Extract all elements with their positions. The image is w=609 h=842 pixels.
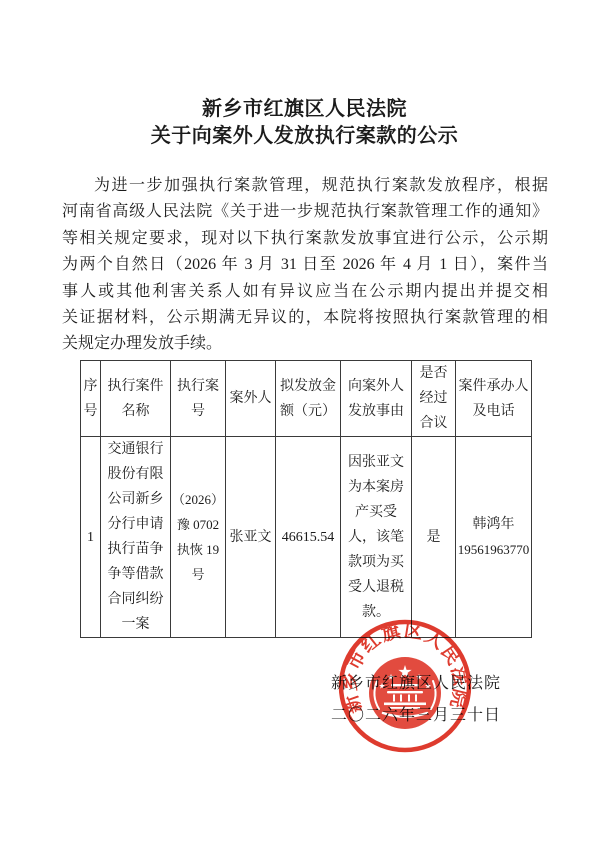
cell-case-name: 交通银行股份有限公司新乡分行申请执行苗争争等借款合同纠纷一案: [101, 437, 171, 638]
cell-handler: 韩鸿年 19561963770: [456, 437, 532, 638]
paragraph-line-2: 河南省高级人民法院《关于进一步规范执行案款管理工作的通知》: [62, 199, 548, 225]
notice-table: 序号 执行案件名称 执行案号 案外人 拟发放金额（元） 向案外人发放事由 是否经…: [80, 360, 532, 638]
paragraph-line-4: 为两个自然日（2026 年 3 月 31 日至 2026 年 4 月 1 日），…: [62, 252, 548, 278]
paragraph-line-1: 为进一步加强执行案款管理，规范执行案款发放程序，根据: [62, 173, 548, 199]
signature-block: 新乡市红旗区人民法院 二〇二六年三月三十日: [306, 668, 526, 732]
cell-outsider: 张亚文: [226, 437, 276, 638]
paragraph-line-3: 等相关规定要求，现对以下执行案款发放事宜进行公示，公示期: [62, 226, 548, 252]
header-case-name: 执行案件名称: [101, 361, 171, 437]
header-seq: 序号: [81, 361, 101, 437]
table-header-row: 序号 执行案件名称 执行案号 案外人 拟发放金额（元） 向案外人发放事由 是否经…: [81, 361, 532, 437]
paragraph-line-6: 关证据材料，公示期满无异议的，本院将按照执行案款管理的相: [62, 305, 548, 331]
header-deliberated: 是否经过合议: [412, 361, 456, 437]
signature-date: 二〇二六年三月三十日: [306, 700, 526, 732]
title-line-2: 关于向案外人发放执行案款的公示: [0, 123, 609, 150]
cell-deliberated: 是: [412, 437, 456, 638]
header-outsider: 案外人: [226, 361, 276, 437]
document-page: 新乡市红旗区人民法院 关于向案外人发放执行案款的公示 为进一步加强执行案款管理，…: [0, 0, 609, 842]
paragraph-line-7: 关规定办理发放手续。: [62, 331, 548, 357]
cell-seq: 1: [81, 437, 101, 638]
handler-phone: 19561963770: [456, 537, 531, 562]
cell-amount: 46615.54: [276, 437, 341, 638]
header-case-number: 执行案号: [171, 361, 226, 437]
table-row: 1 交通银行股份有限公司新乡分行申请执行苗争争等借款合同纠纷一案 （2026）豫…: [81, 437, 532, 638]
handler-name: 韩鸿年: [456, 512, 531, 537]
cell-reason: 因张亚文为本案房产买受人，该笔款项为买受人退税款。: [341, 437, 412, 638]
notice-paragraph: 为进一步加强执行案款管理，规范执行案款发放程序，根据 河南省高级人民法院《关于进…: [62, 173, 548, 358]
document-title: 新乡市红旗区人民法院 关于向案外人发放执行案款的公示: [0, 96, 609, 150]
signature-court: 新乡市红旗区人民法院: [306, 668, 526, 700]
title-line-1: 新乡市红旗区人民法院: [0, 96, 609, 123]
header-reason: 向案外人发放事由: [341, 361, 412, 437]
header-amount: 拟发放金额（元）: [276, 361, 341, 437]
paragraph-line-5: 事人或其他利害关系人如有异议应当在公示期内提出并提交相: [62, 279, 548, 305]
cell-case-number: （2026）豫 0702 执恢 19 号: [171, 437, 226, 638]
header-handler: 案件承办人及电话: [456, 361, 532, 437]
